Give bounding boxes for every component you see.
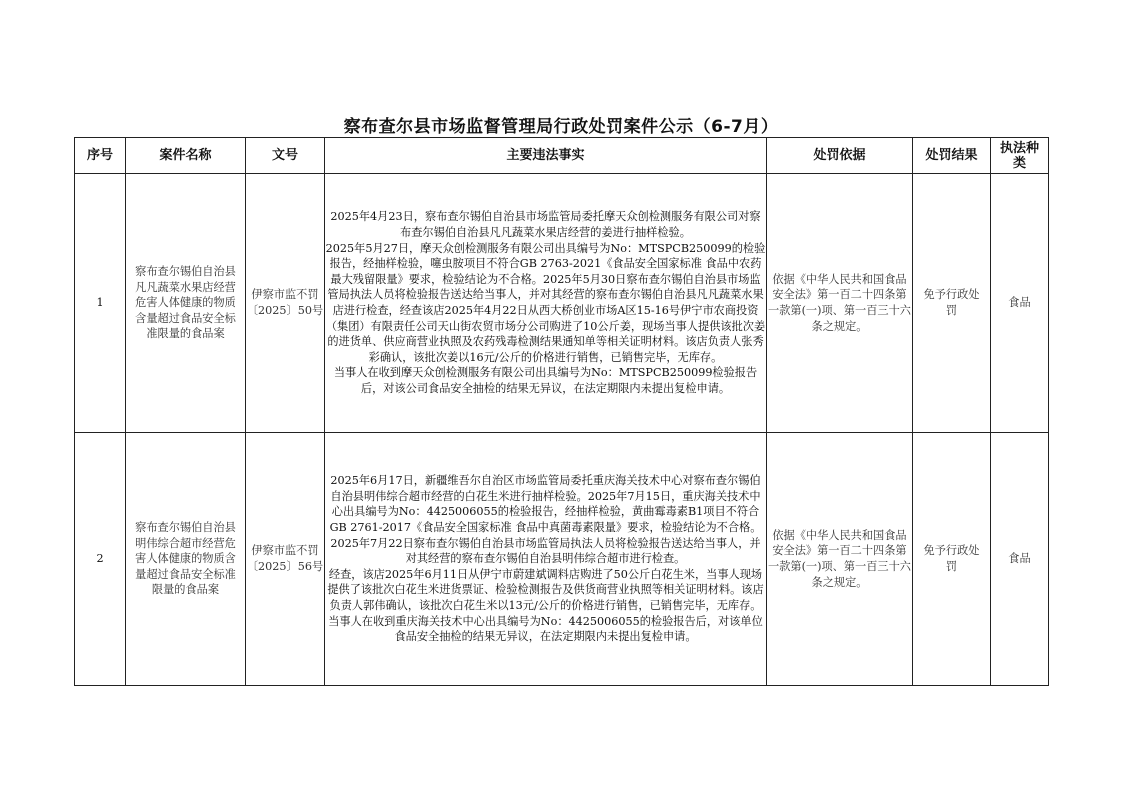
facts-paragraph: 当事人在收到重庆海关技术中心出具编号为No：4425006055的检验报告后，对… [325, 614, 766, 645]
header-category: 执法种类 [991, 138, 1049, 174]
table-row: 2 察布查尔锡伯自治县明伟综合超市经营危害人体健康的物质含量超过食品安全标准限量… [75, 433, 1049, 686]
header-case-name: 案件名称 [126, 138, 246, 174]
cell-basis: 依据《中华人民共和国食品安全法》第一百二十四条第一款第(一)项、第一百三十六条之… [767, 433, 913, 686]
header-result: 处罚结果 [913, 138, 991, 174]
cell-index: 1 [75, 174, 126, 433]
cell-category: 食品 [991, 433, 1049, 686]
cell-category: 食品 [991, 174, 1049, 433]
cell-result: 免予行政处罚 [913, 433, 991, 686]
cell-facts: 2025年4月23日，察布查尔锡伯自治县市场监管局委托摩天众创检测服务有限公司对… [325, 174, 767, 433]
header-basis: 处罚依据 [767, 138, 913, 174]
facts-paragraph: 2025年4月23日，察布查尔锡伯自治县市场监管局委托摩天众创检测服务有限公司对… [325, 209, 766, 240]
page-title: 察布查尔县市场监督管理局行政处罚案件公示（6-7月） [0, 112, 1122, 137]
header-facts: 主要违法事实 [325, 138, 767, 174]
facts-paragraph: 2025年5月27日，摩天众创检测服务有限公司出具编号为No：MTSPCB250… [325, 241, 766, 366]
cell-doc-no: 伊察市监不罚〔2025〕56号 [246, 433, 325, 686]
table-header-row: 序号 案件名称 文号 主要违法事实 处罚依据 处罚结果 执法种类 [75, 138, 1049, 174]
cell-index: 2 [75, 433, 126, 686]
header-index: 序号 [75, 138, 126, 174]
facts-paragraph: 当事人在收到摩天众创检测服务有限公司出具编号为No：MTSPCB250099检验… [325, 365, 766, 396]
cell-doc-no: 伊察市监不罚〔2025〕50号 [246, 174, 325, 433]
table-row: 1 察布查尔锡伯自治县凡凡蔬菜水果店经营危害人体健康的物质含量超过食品安全标准限… [75, 174, 1049, 433]
header-doc-no: 文号 [246, 138, 325, 174]
cell-facts: 2025年6月17日，新疆维吾尔自治区市场监管局委托重庆海关技术中心对察布查尔锡… [325, 433, 767, 686]
facts-paragraph: 经查，该店2025年6月11日从伊宁市蔚建斌调料店购进了50公斤白花生米，当事人… [325, 567, 766, 614]
cell-case-name: 察布查尔锡伯自治县明伟综合超市经营危害人体健康的物质含量超过食品安全标准限量的食… [126, 433, 246, 686]
penalty-cases-table: 序号 案件名称 文号 主要违法事实 处罚依据 处罚结果 执法种类 1 察布查尔锡… [74, 137, 1049, 686]
facts-paragraph: 2025年6月17日，新疆维吾尔自治区市场监管局委托重庆海关技术中心对察布查尔锡… [325, 473, 766, 567]
cell-case-name: 察布查尔锡伯自治县凡凡蔬菜水果店经营危害人体健康的物质含量超过食品安全标准限量的… [126, 174, 246, 433]
cell-basis: 依据《中华人民共和国食品安全法》第一百二十四条第一款第(一)项、第一百三十六条之… [767, 174, 913, 433]
cell-result: 免予行政处罚 [913, 174, 991, 433]
